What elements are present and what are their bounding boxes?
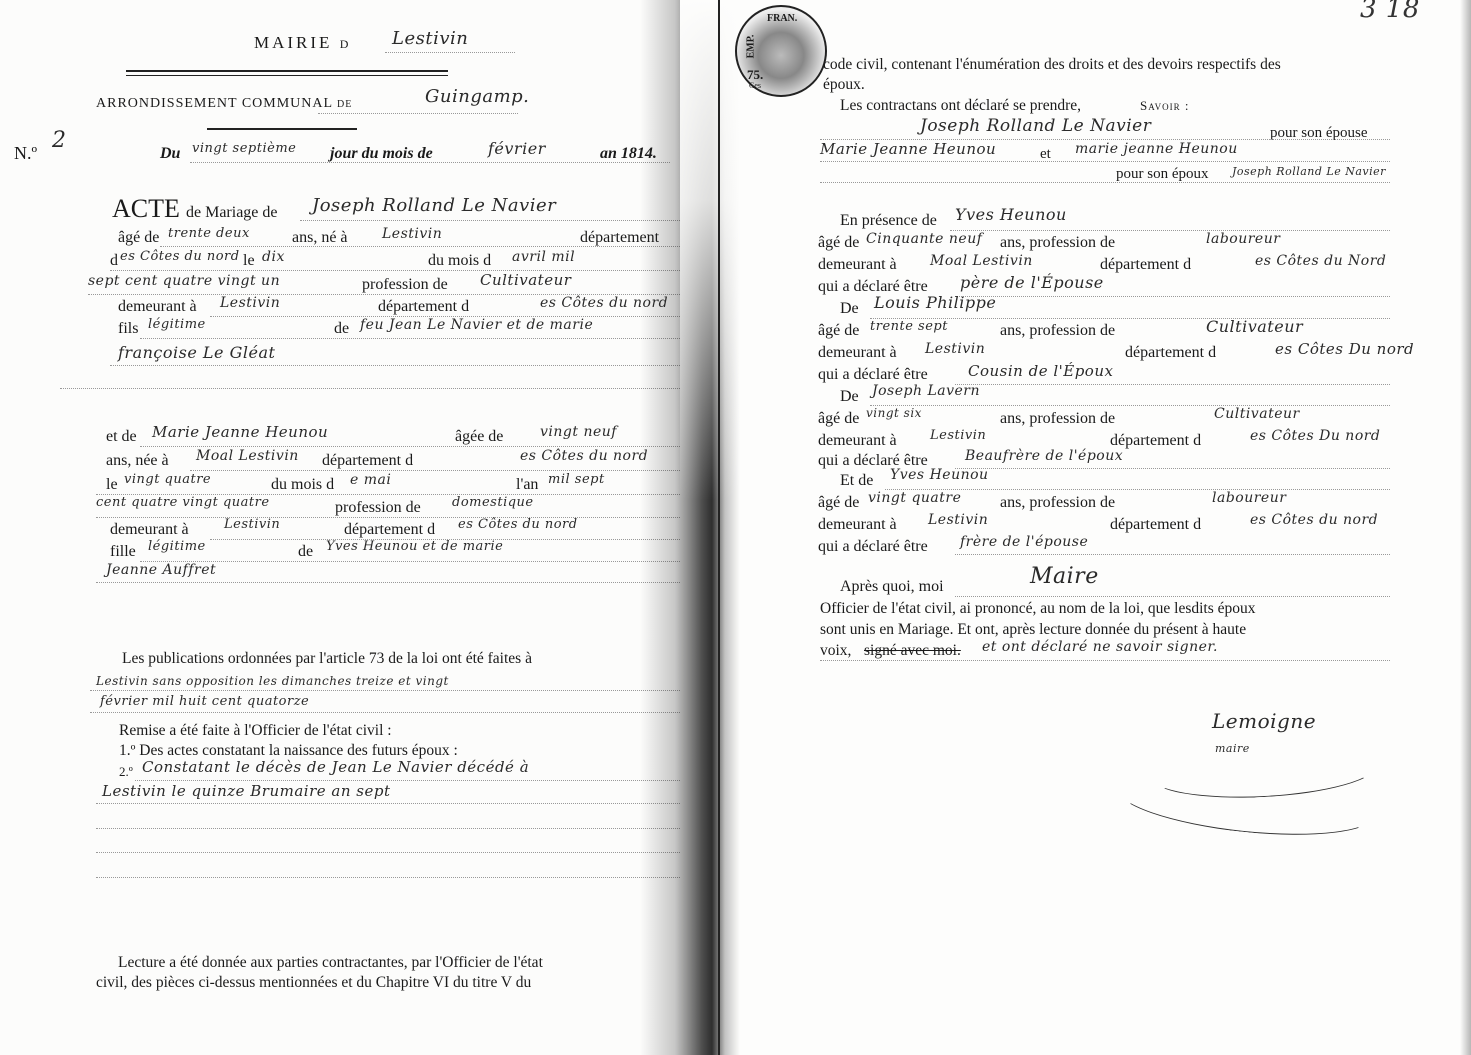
witness-dem-label: demeurant à: [818, 432, 897, 450]
bride-name: Marie Jeanne Heunou: [152, 423, 328, 441]
arrondissement-label: ARRONDISSEMENT COMMUNAL de: [96, 95, 352, 113]
groom-parents-1: feu Jean Le Navier et de marie: [360, 316, 593, 334]
header-divider-thin: [126, 75, 448, 76]
witness-intro: Et de: [840, 472, 873, 490]
witness-prof-label: ans, profession de: [1000, 494, 1115, 512]
rule: [110, 270, 680, 271]
witness-residence: Lestivin: [928, 511, 988, 529]
rule: [955, 296, 1390, 297]
rule: [870, 405, 1390, 406]
witness-residence: Moal Lestivin: [930, 252, 1033, 270]
page-binding: [718, 0, 720, 1055]
witness-name: Yves Heunou: [955, 206, 1067, 224]
groom-residence: Lestivin: [220, 294, 280, 312]
witness-dept-label: département d: [1100, 256, 1191, 274]
pour-son-epoux: pour son époux: [1116, 165, 1209, 183]
date-du: Du: [160, 145, 180, 163]
bride-filiation: légitime: [148, 538, 206, 556]
rule: [318, 113, 518, 114]
conclusion-hand-addition: et ont déclaré ne savoir signer.: [982, 638, 1218, 656]
groom-birth-day: dix: [262, 248, 285, 266]
rule: [300, 220, 680, 221]
witness-dept: es Côtes Du nord: [1250, 427, 1380, 445]
bride-residence: Lestivin: [224, 516, 280, 534]
publications-hand-1: Lestivin sans opposition les dimanches t…: [96, 672, 449, 690]
date-day: vingt septième: [192, 140, 296, 158]
conclusion-voix: voix,: [820, 642, 851, 660]
witness-dem-label: demeurant à: [818, 344, 897, 362]
bride-dept-label: département d: [322, 452, 413, 470]
witness-age-label: âgé de: [818, 322, 859, 340]
witness-intro: De: [840, 300, 859, 318]
groom-birth-month: avril mil: [512, 248, 575, 266]
witness-decl-label: qui a déclaré être: [818, 538, 928, 556]
mairie-label: MAIRIE d: [254, 34, 351, 52]
page-edge-shadow: [1460, 0, 1471, 1055]
bride-an-label: l'an: [516, 476, 538, 494]
remise-text: Remise a été faite à l'Officier de l'éta…: [119, 722, 392, 740]
officer-title: Maire: [1030, 568, 1099, 586]
publications-hand-2: février mil huit cent quatorze: [100, 693, 309, 711]
rule: [955, 468, 1390, 469]
rule: [160, 246, 680, 247]
bride-profession-label: profession de: [335, 499, 421, 517]
date-jour-label: jour du mois de: [330, 145, 433, 163]
conclusion-line-1: Officier de l'état civil, ai prononcé, a…: [820, 600, 1256, 618]
apres-quoi: Après quoi, moi: [840, 578, 944, 596]
witness-dept-label: département d: [1110, 432, 1201, 450]
rule: [90, 712, 680, 713]
bride-birth-dept: es Côtes du nord: [520, 447, 648, 465]
rule: [820, 182, 1390, 183]
header-divider: [126, 70, 448, 72]
left-page: MAIRIE d Lestivin ARRONDISSEMENT COMMUNA…: [0, 0, 720, 1055]
witness-age: vingt six: [866, 404, 922, 422]
bride-agee-label: âgée de: [455, 428, 503, 446]
declaration-groom-2: Joseph Rolland Le Navier: [1232, 163, 1386, 181]
bride-residence-dept: es Côtes du nord: [458, 516, 578, 534]
groom-name: Joseph Rolland Le Navier: [312, 197, 556, 215]
code-civil-line-2: époux.: [823, 76, 865, 94]
rule: [870, 318, 1390, 319]
bride-de-label: de: [298, 543, 313, 561]
rule: [190, 470, 680, 471]
witness-dem-label: demeurant à: [818, 516, 897, 534]
groom-demeurant-label: demeurant à: [118, 298, 197, 316]
bride-birthplace: Moal Lestivin: [196, 447, 299, 465]
bride-fille-label: fille: [110, 543, 136, 561]
bride-age: vingt neuf: [540, 423, 617, 441]
witness-age-label: âgé de: [818, 494, 859, 512]
witness-age: trente sept: [870, 318, 948, 336]
bride-parents-2: Jeanne Auffret: [106, 561, 216, 579]
declaration-savoir: Savoir :: [1140, 97, 1189, 115]
publications-text: Les publications ordonnées par l'article…: [122, 650, 532, 668]
groom-le-label: le: [243, 252, 255, 270]
rule: [955, 554, 1390, 555]
witness-age-label: âgé de: [818, 410, 859, 428]
lecture-line-2: civil, des pièces ci-dessus mentionnées …: [96, 974, 531, 992]
witness-dept-label: département d: [1125, 344, 1216, 362]
bride-profession: domestique: [452, 494, 534, 512]
groom-age: trente deux: [168, 225, 250, 243]
rule: [135, 780, 680, 781]
declaration-text: Les contractans ont déclaré se prendre,: [840, 97, 1081, 115]
witness-dept: es Côtes du nord: [1250, 511, 1378, 529]
witness-profession: laboureur: [1212, 489, 1286, 507]
witness-age: vingt quatre: [868, 489, 961, 507]
gutter-highlight: [680, 0, 740, 500]
folio-number: 3 18: [1360, 0, 1420, 18]
rule: [96, 803, 680, 804]
arrondissement-value: Guingamp.: [425, 88, 529, 106]
rule: [96, 517, 680, 518]
groom-filiation: légitime: [148, 316, 206, 334]
code-civil-line-1: code civil, contenant l'énumération des …: [823, 56, 1281, 74]
witness-intro: En présence de: [840, 212, 937, 230]
remise-item-2-num: 2.º: [119, 763, 133, 781]
witness-prof-label: ans, profession de: [1000, 410, 1115, 428]
bride-birth-month: e mai: [350, 471, 391, 489]
declaration-bride-2: marie jeanne Heunou: [1075, 140, 1238, 158]
witness-prof-label: ans, profession de: [1000, 234, 1115, 252]
groom-parents-2: françoise Le Gléat: [118, 344, 275, 362]
revenue-stamp-icon: FRAN. EMP. 75. Ces: [735, 5, 827, 97]
record-number-value: 2: [52, 132, 67, 150]
mayor-signature: Lemoigne: [1212, 712, 1316, 730]
date-month: février: [488, 140, 546, 158]
rule: [96, 582, 680, 583]
acte-label: ACTE: [112, 196, 180, 222]
rule: [955, 596, 1390, 597]
rule: [60, 388, 680, 389]
witness-dem-label: demeurant à: [818, 256, 897, 274]
rule: [110, 365, 680, 366]
witness-dept: es Côtes Du nord: [1275, 340, 1414, 358]
bride-demeurant-label: demeurant à: [110, 521, 189, 539]
groom-fils-label: fils: [118, 320, 138, 338]
groom-d-label: d: [110, 252, 118, 270]
witness-age: Cinquante neuf: [866, 230, 982, 248]
declaration-bride: Marie Jeanne Heunou: [820, 140, 996, 158]
witness-relation: père de l'Épouse: [960, 274, 1104, 292]
witness-name: Yves Heunou: [890, 466, 989, 484]
witness-relation: Beaufrère de l'époux: [965, 447, 1123, 465]
rule: [96, 852, 680, 853]
witness-profession: Cultivateur: [1214, 405, 1300, 423]
bride-birth-year: mil sept: [548, 471, 605, 489]
mariage-label: de Mariage de: [186, 204, 278, 222]
lecture-line-1: Lecture a été donnée aux parties contrac…: [118, 954, 543, 972]
groom-age-label: âgé de: [118, 229, 159, 247]
stamp-top-text: FRAN.: [767, 13, 797, 24]
groom-birth-dept: es Côtes du nord: [120, 248, 240, 266]
witness-age-label: âgé de: [818, 234, 859, 252]
conclusion-line-2: sont unis en Mariage. Et ont, après lect…: [820, 621, 1246, 639]
rule: [96, 877, 680, 878]
witness-profession: Cultivateur: [1206, 318, 1303, 336]
rule: [385, 52, 515, 53]
bride-et-de-label: et de: [106, 428, 137, 446]
witness-dept-label: département d: [1110, 516, 1201, 534]
witness-name: Louis Philippe: [874, 294, 996, 312]
witness-relation: frère de l'épouse: [960, 533, 1088, 551]
groom-profession-label: profession de: [362, 276, 448, 294]
groom-dept-label2: département d: [378, 298, 469, 316]
rule: [190, 162, 670, 163]
groom-birthplace: Lestivin: [382, 225, 442, 243]
rule: [950, 230, 1390, 231]
bride-le-label: le: [106, 476, 118, 494]
bride-birth-year-cont: cent quatre vingt quatre: [96, 494, 270, 512]
bride-parents-1: Yves Heunou et de marie: [326, 538, 503, 556]
mairie-value: Lestivin: [392, 30, 468, 48]
witness-profession: laboureur: [1206, 230, 1280, 248]
bride-birth-day: vingt quatre: [124, 471, 211, 489]
record-number-label: N.º: [14, 144, 37, 162]
witness-residence: Lestivin: [925, 340, 985, 358]
groom-mois-label: du mois d: [428, 252, 491, 270]
groom-ne-label: ans, né à: [292, 229, 348, 247]
witness-prof-label: ans, profession de: [1000, 322, 1115, 340]
groom-birth-year: sept cent quatre vingt un: [88, 272, 280, 290]
rule: [820, 660, 1390, 661]
remise-item-2-hand-1: Constatant le décès de Jean Le Navier dé…: [142, 758, 529, 776]
witness-name: Joseph Lavern: [872, 382, 980, 400]
rule: [96, 828, 680, 829]
groom-de-label: de: [334, 320, 349, 338]
stamp-unit: Ces: [749, 81, 761, 90]
witness-residence: Lestivin: [930, 427, 986, 445]
groom-profession: Cultivateur: [480, 271, 571, 289]
header-divider-2: [207, 128, 357, 130]
witness-dept: es Côtes du Nord: [1255, 252, 1386, 270]
witness-intro: De: [840, 388, 859, 406]
rule: [955, 384, 1390, 385]
rule: [820, 161, 1390, 162]
rule: [140, 561, 680, 562]
rule: [140, 338, 680, 339]
witness-relation: Cousin de l'Époux: [968, 362, 1113, 380]
bride-dept-label2: département d: [344, 521, 435, 539]
bride-nee-label: ans, née à: [106, 452, 169, 470]
bride-mois-label: du mois d: [271, 476, 334, 494]
conclusion-struck-text: signé avec moi.: [864, 642, 961, 660]
remise-item-2-hand-2: Lestivin le quinze Brumaire an sept: [102, 782, 390, 800]
stamp-side-text: EMP.: [745, 35, 756, 59]
rule: [90, 690, 680, 691]
declaration-groom: Joseph Rolland Le Navier: [920, 117, 1151, 135]
